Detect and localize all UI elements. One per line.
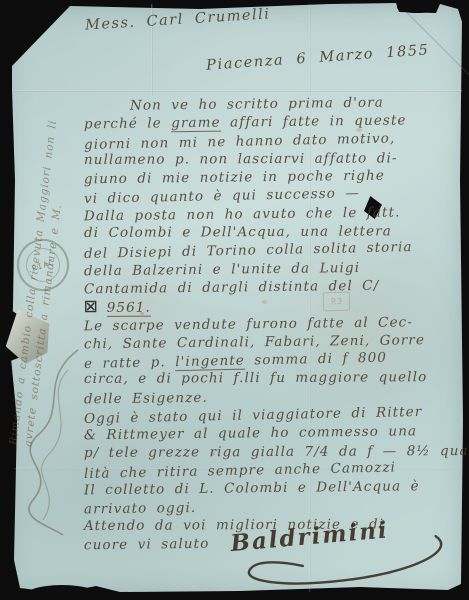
line-text: nullameno p. non lasciarvi affatto di- <box>84 150 398 168</box>
line-text: perché le <box>84 116 171 133</box>
line-text: Il colletto di L. Colombi e Dell'Acqua è <box>84 478 420 498</box>
line-text: Le scarpe vendute furono fatte al Cec- <box>84 314 413 334</box>
letter-body: Non ve ho scritto prima d'ora perché le … <box>84 96 464 553</box>
line-text: p/ tele grezze riga gialla 7/4 da f — 8½… <box>84 443 469 461</box>
torn-notch-top <box>397 0 437 13</box>
line-text: di Colombi e Dell'Acqua, una lettera <box>84 223 392 241</box>
line-text: e ratte p. <box>84 354 176 372</box>
line-text: Cantamida di dargli distinta del C/ <box>84 278 380 298</box>
line-text: della Balzerini e l'unite da Luigi <box>84 260 360 279</box>
line-text: delle Esigenze. <box>84 390 208 408</box>
line-text: cuore vi saluto <box>84 536 210 554</box>
line-text: giuno di mie notizie in poche righe <box>84 168 385 188</box>
line-text: & Rittmeyer al quale ho commesso una <box>84 424 417 444</box>
line-text: arrivato oggi. <box>84 499 196 516</box>
line-text: Dalla posta non ho avuto che le fatt. <box>84 204 401 224</box>
line-text: Non ve ho scritto prima d'ora <box>130 95 384 114</box>
seal-glyph: ☒ <box>84 298 107 316</box>
reference-number: 9561. <box>107 300 151 317</box>
line-text: circa, e di pochi f.lli fu maggiore quel… <box>84 370 427 388</box>
scanned-letter-photo: PIAC P.3 Mess. Carl Crumelli Piacenza 6 … <box>0 0 469 600</box>
